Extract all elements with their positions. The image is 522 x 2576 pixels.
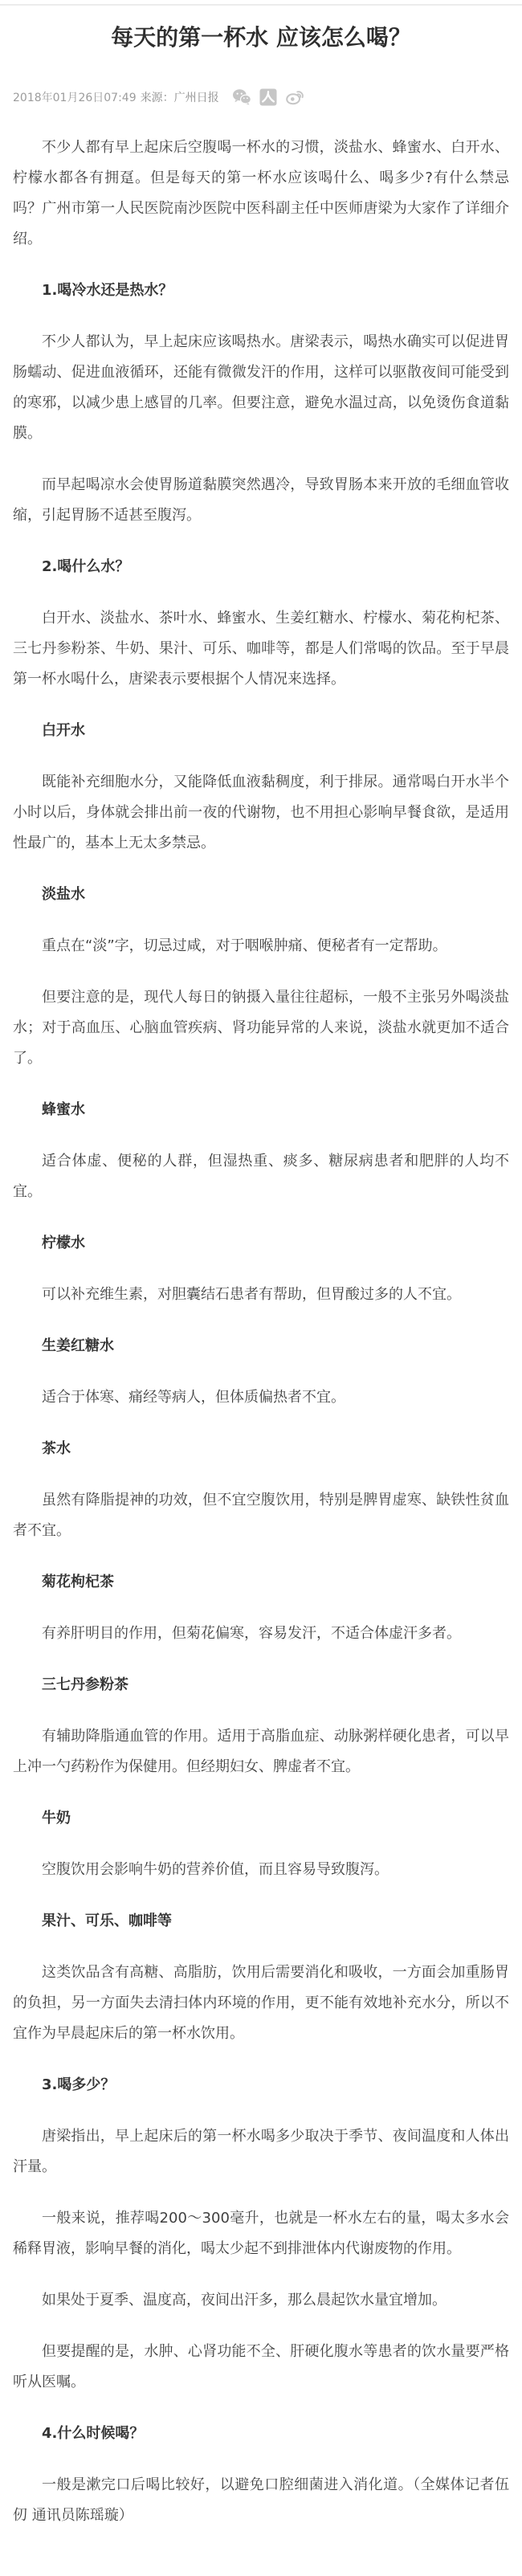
section-heading: 淡盐水 — [13, 880, 509, 910]
article-paragraph: 但要注意的是，现代人每日的钠摄入量往往超标，一般不主张另外喝淡盐水；对于高血压、… — [13, 982, 509, 1074]
article-paragraph: 有辅助降脂通血管的作用。适用于高脂血症、动脉粥样硬化患者，可以早上冲一勺药粉作为… — [13, 1721, 509, 1782]
article-paragraph: 可以补充维生素，对胆囊结石患者有帮助，但胃酸过多的人不宜。 — [13, 1280, 509, 1310]
source-label: 来源：广州日报 — [141, 89, 219, 105]
article-paragraph: 空腹饮用会影响牛奶的营养价值，而且容易导致腹泻。 — [13, 1855, 509, 1885]
section-heading: 三七丹参粉茶 — [13, 1670, 509, 1700]
article-body: 不少人都有早上起床后空腹喝一杯水的习惯，淡盐水、蜂蜜水、白开水、柠檬水都各有拥趸… — [0, 107, 522, 2576]
article-paragraph: 有养肝明目的作用，但菊花偏寒，容易发汗，不适合体虚汗多者。 — [13, 1619, 509, 1649]
section-heading: 蜂蜜水 — [13, 1095, 509, 1125]
article-paragraph: 白开水、淡盐水、茶叶水、蜂蜜水、生姜红糖水、柠檬水、菊花枸杞茶、三七丹参粉茶、牛… — [13, 603, 509, 695]
section-heading: 果汁、可乐、咖啡等 — [13, 1906, 509, 1937]
article-paragraph: 如果处于夏季、温度高，夜间出汗多，那么晨起饮水量宜增加。 — [13, 2285, 509, 2316]
section-heading: 2.喝什么水？ — [13, 552, 509, 582]
section-heading: 牛奶 — [13, 1803, 509, 1834]
article-paragraph: 适合体虚、便秘的人群，但湿热重、痰多、糖尿病患者和肥胖的人均不宜。 — [13, 1146, 509, 1207]
section-heading: 菊花枸杞茶 — [13, 1567, 509, 1598]
article-paragraph: 既能补充细胞水分，又能降低血液黏稠度，利于排尿。通常喝白开水半个小时以后，身体就… — [13, 767, 509, 859]
article-paragraph: 不少人都认为，早上起床应该喝热水。唐梁表示，喝热水确实可以促进胃肠蠕动、促进血液… — [13, 327, 509, 449]
article-meta: 2018年01月26日07:49 来源：广州日报 — [13, 88, 509, 107]
share-icon-bar — [232, 88, 312, 107]
article-paragraph: 不少人都有早上起床后空腹喝一杯水的习惯，淡盐水、蜂蜜水、白开水、柠檬水都各有拥趸… — [13, 133, 509, 255]
page-title: 每天的第一杯水 应该怎么喝？ — [14, 22, 508, 54]
section-heading: 1.喝冷水还是热水？ — [13, 276, 509, 306]
article-paragraph: 唐梁指出，早上起床后的第一杯水喝多少取决于季节、夜间温度和人体出汗量。 — [13, 2121, 509, 2182]
section-heading: 3.喝多少？ — [13, 2070, 509, 2100]
article-paragraph: 一般是漱完口后喝比较好，以避免口腔细菌进入消化道。（全媒体记者伍仞 通讯员陈瑶璇… — [13, 2470, 509, 2531]
section-heading: 柠檬水 — [13, 1228, 509, 1259]
publish-date: 2018年01月26日07:49 — [13, 89, 137, 105]
article-paragraph: 重点在“淡”字，切忌过咸，对于咽喉肿痛、便秘者有一定帮助。 — [13, 931, 509, 961]
section-heading: 4.什么时候喝？ — [13, 2419, 509, 2449]
article-paragraph: 但要提醒的是，水肿、心肾功能不全、肝硬化腹水等患者的饮水量要严格听从医嘱。 — [13, 2337, 509, 2398]
people-share-icon[interactable] — [259, 88, 278, 107]
weibo-share-icon[interactable] — [285, 88, 304, 107]
top-divider — [0, 4, 522, 6]
article-paragraph: 适合于体寒、痛经等病人，但体质偏热者不宜。 — [13, 1382, 509, 1413]
article-paragraph: 而早起喝凉水会使胃肠道黏膜突然遇冷，导致胃肠本来开放的毛细血管收缩，引起胃肠不适… — [13, 470, 509, 531]
wechat-share-icon[interactable] — [232, 88, 251, 107]
section-heading: 茶水 — [13, 1434, 509, 1464]
section-heading: 白开水 — [13, 716, 509, 746]
article-page: 每天的第一杯水 应该怎么喝？ 2018年01月26日07:49 来源：广州日报 — [0, 0, 522, 2576]
article-paragraph: 虽然有降脂提神的功效，但不宜空腹饮用，特别是脾胃虚寒、缺铁性贫血者不宜。 — [13, 1485, 509, 1546]
section-heading: 生姜红糖水 — [13, 1331, 509, 1361]
article-paragraph: 一般来说，推荐喝200～300毫升，也就是一杯水左右的量，喝太多水会稀释胃液，影… — [13, 2203, 509, 2264]
article-paragraph: 这类饮品含有高糖、高脂肪，饮用后需要消化和吸收，一方面会加重肠胃的负担，另一方面… — [13, 1958, 509, 2049]
